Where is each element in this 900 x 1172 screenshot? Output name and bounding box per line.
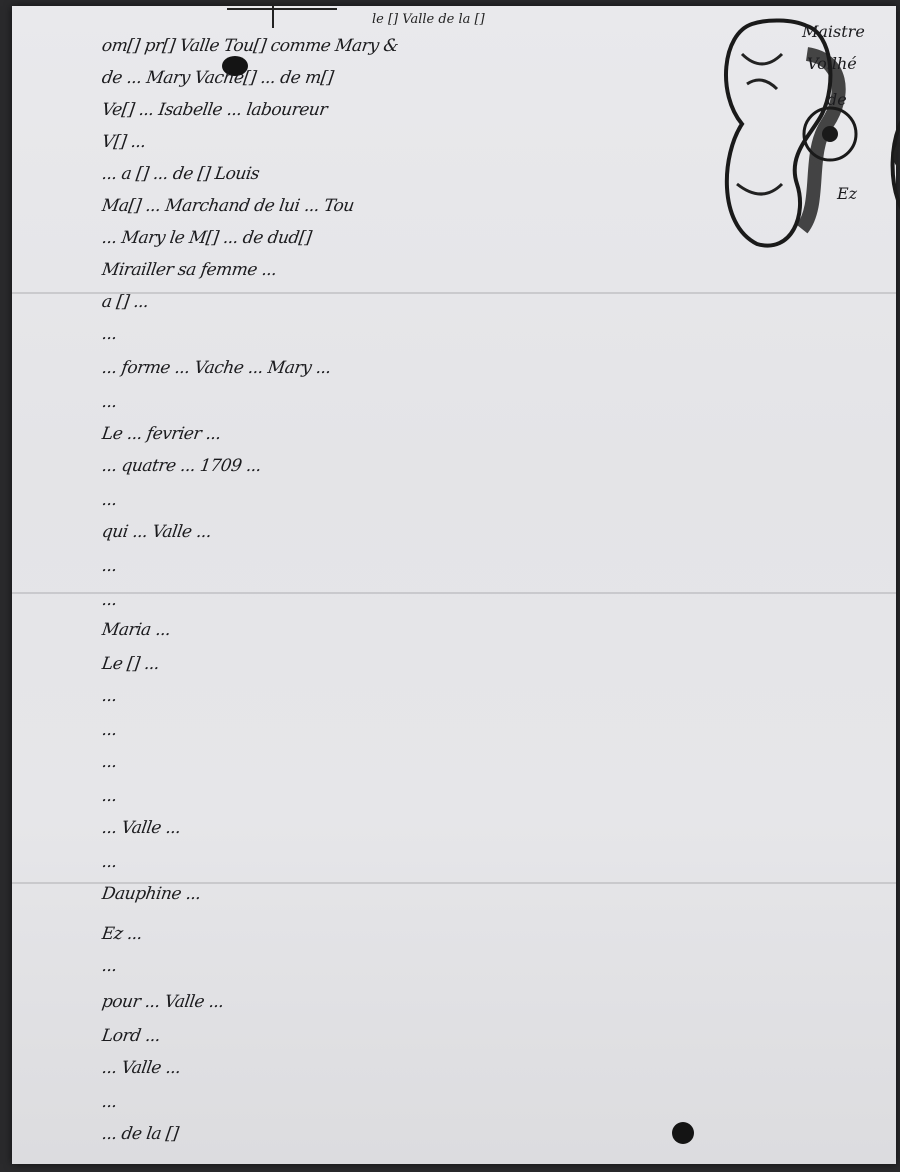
text-line: ... xyxy=(101,956,858,976)
text-line: pour ... Valle ... xyxy=(101,992,858,1012)
text-line: Ve[] ... Isabelle ... laboureur xyxy=(101,100,668,120)
text-line: Mirailler sa femme ... xyxy=(101,260,858,280)
header-cross-mark xyxy=(272,6,274,28)
text-line: qui ... Valle ... xyxy=(101,522,858,542)
text-line: Ez ... xyxy=(101,924,858,944)
text-line: ... a [] ... de [] Louis xyxy=(101,164,668,184)
second-stamp-icon xyxy=(877,96,900,236)
text-line: ... xyxy=(101,852,858,872)
text-line: de ... Mary Vache[] ... de m[] xyxy=(101,68,668,88)
text-line: ... quatre ... 1709 ... xyxy=(101,456,858,476)
margin-note: de xyxy=(827,90,847,109)
text-line: ... xyxy=(101,590,858,610)
text-line: ... xyxy=(101,324,858,344)
text-line: Dauphine ... xyxy=(101,884,858,904)
text-line: om[] pr[] Valle Tou[] comme Mary & xyxy=(101,36,668,56)
text-line: ... xyxy=(101,392,858,412)
text-line: ... Mary le M[] ... de dud[] xyxy=(101,228,668,248)
text-line: a [] ... xyxy=(101,292,858,312)
text-line: ... Valle ... xyxy=(101,818,858,838)
text-line: ... xyxy=(101,720,858,740)
text-line: Le ... fevrier ... xyxy=(101,424,858,444)
text-line: ... xyxy=(101,686,858,706)
text-line: ... de la [] xyxy=(101,1124,858,1144)
text-line: ... Valle ... xyxy=(101,1058,858,1078)
margin-note: Voilhé xyxy=(807,54,857,73)
text-line: ... xyxy=(101,786,858,806)
text-line: ... xyxy=(101,556,858,576)
text-line: ... xyxy=(101,752,858,772)
margin-note: Ez xyxy=(837,184,857,203)
text-line: Maria ... xyxy=(101,620,858,640)
text-line: V[] ... xyxy=(101,132,668,152)
header-note: le [] Valle de la [] xyxy=(372,12,485,27)
text-line: ... xyxy=(101,490,858,510)
header-cross-mark xyxy=(227,8,337,10)
tax-stamp-icon xyxy=(712,14,862,254)
text-line: ... forme ... Vache ... Mary ... xyxy=(101,358,858,378)
text-line: Le [] ... xyxy=(101,654,858,674)
text-line: Lord ... xyxy=(101,1026,858,1046)
text-line: ... xyxy=(101,1092,858,1112)
manuscript-page: le [] Valle de la [] Maistre Voilhé de E… xyxy=(12,6,896,1164)
margin-note: Maistre xyxy=(802,22,865,41)
text-line: Ma[] ... Marchand de lui ... Tou xyxy=(101,196,668,216)
